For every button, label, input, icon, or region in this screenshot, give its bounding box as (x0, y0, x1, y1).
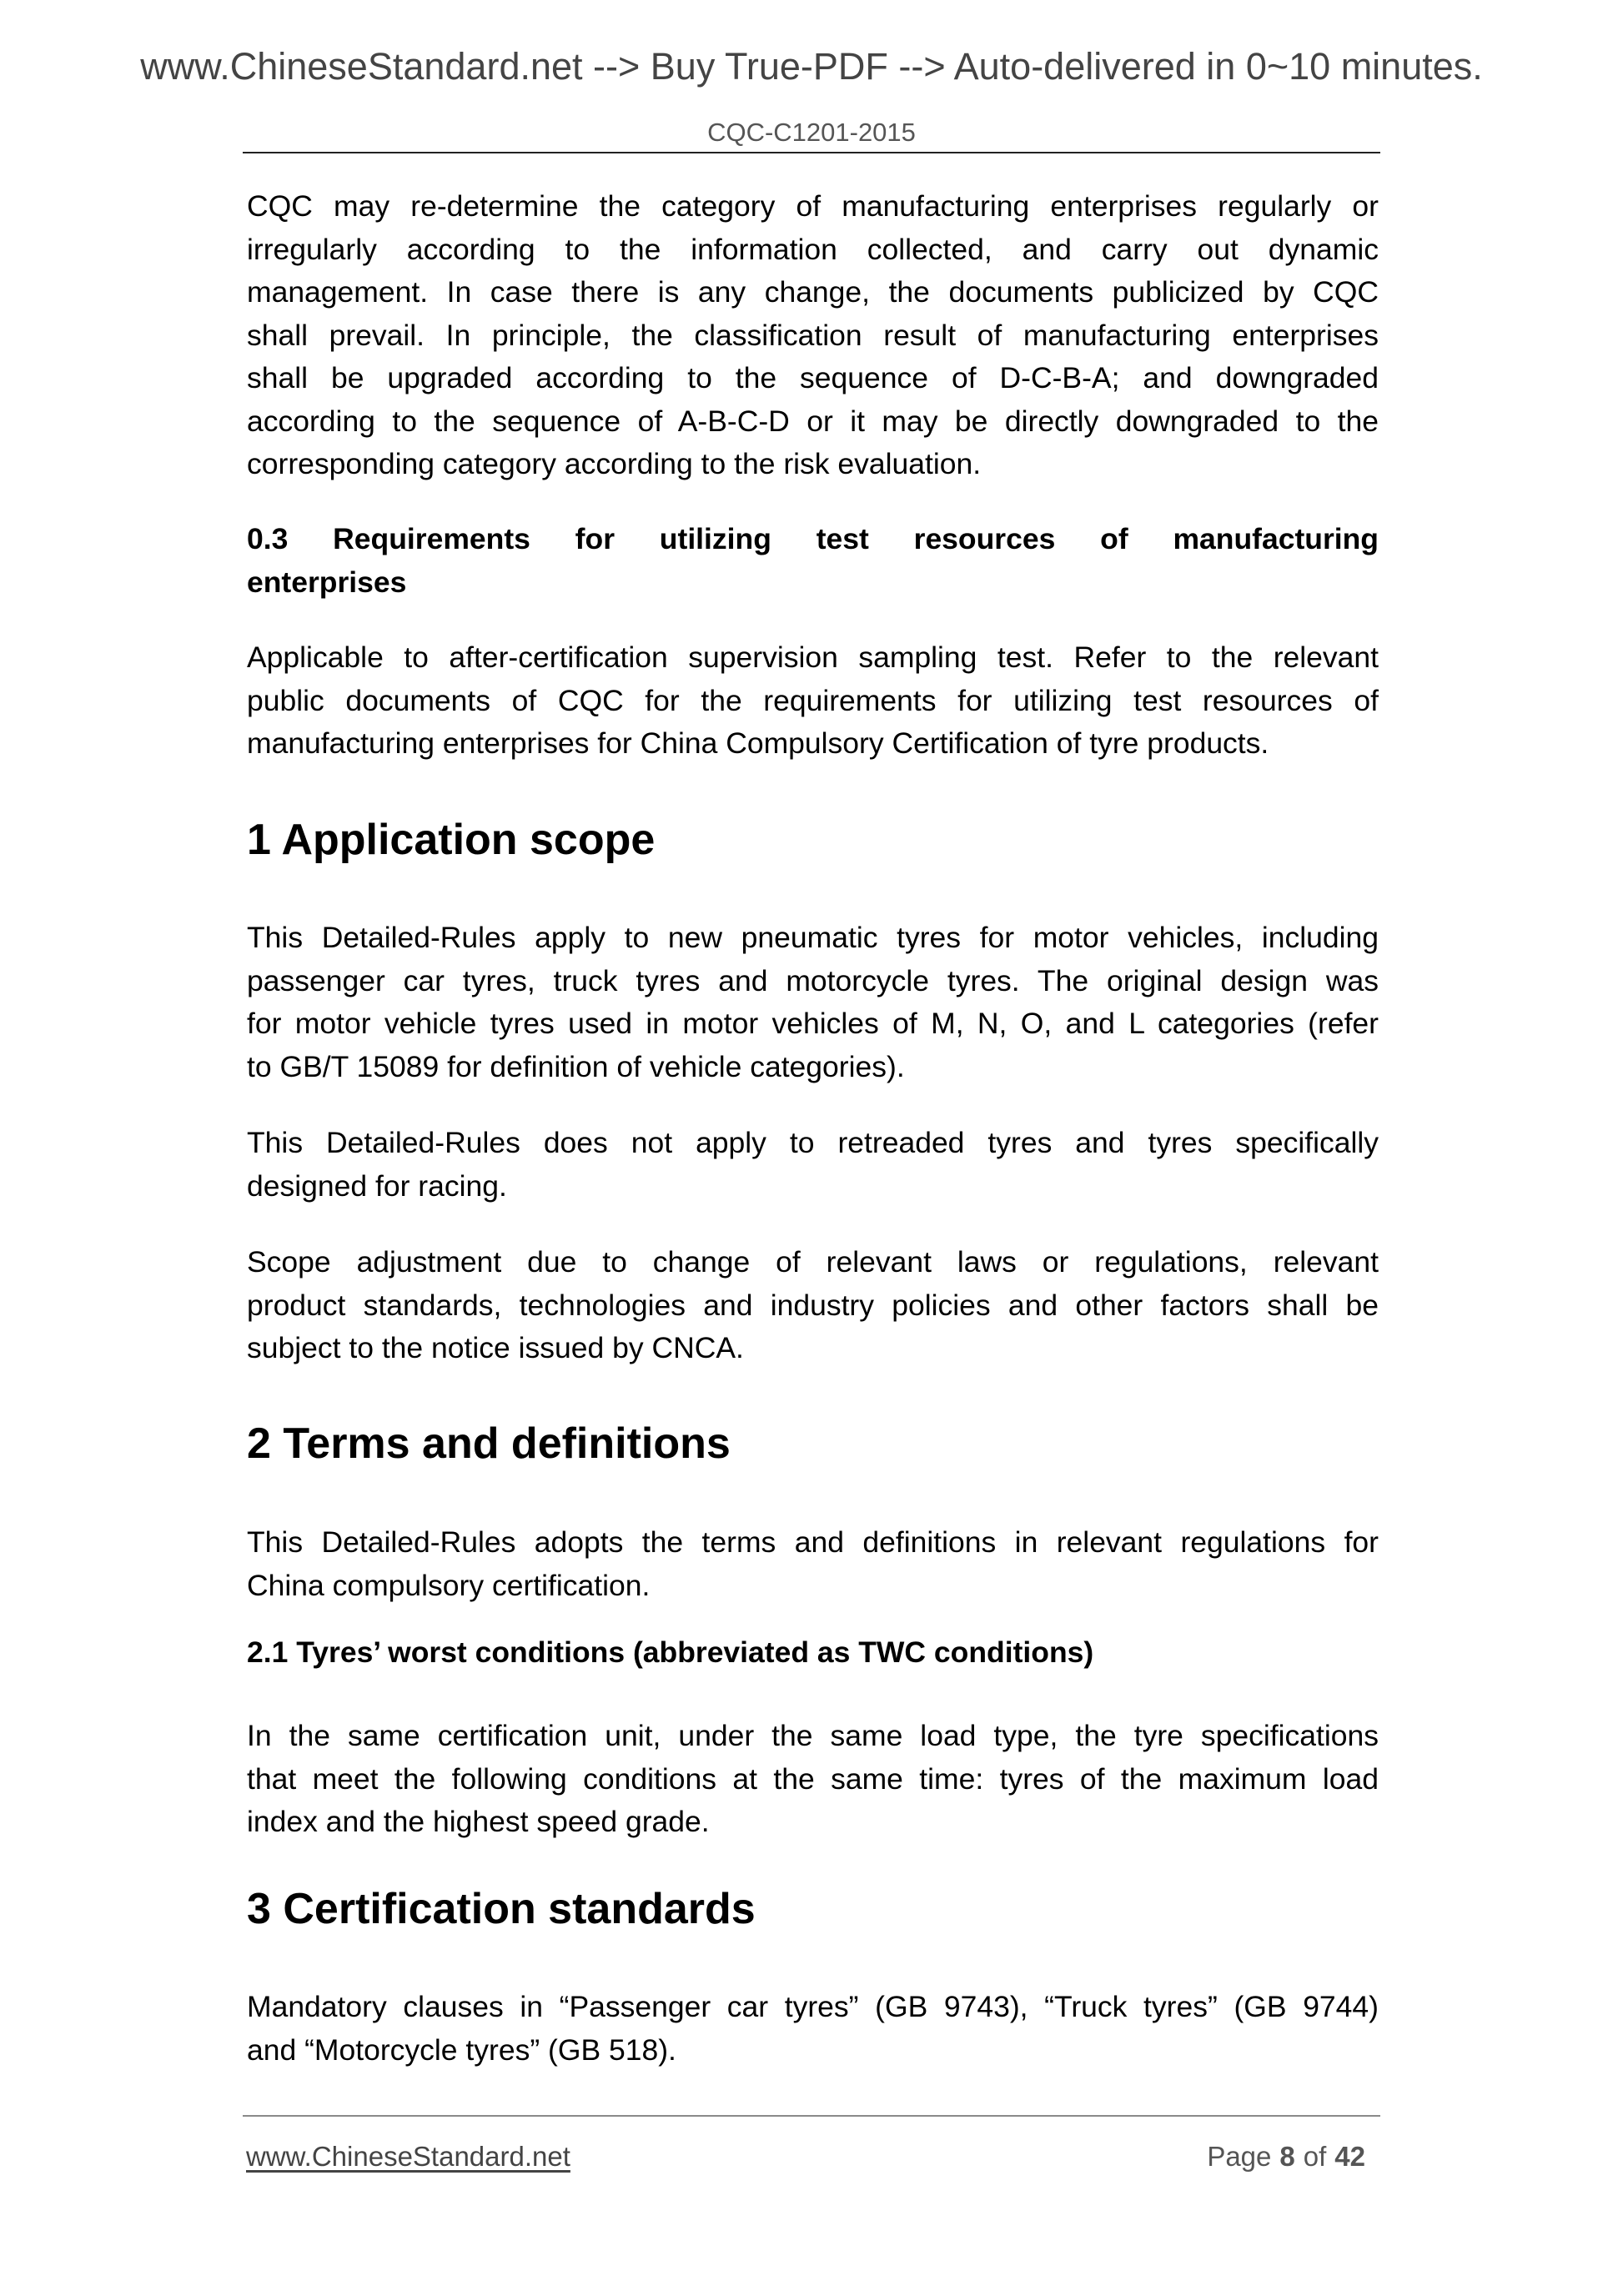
text-line: subject to the notice issued by CNCA. (247, 1327, 1379, 1370)
paragraph-2-1-body: In the same certification unit, under th… (247, 1715, 1379, 1844)
text-line: Mandatory clauses in “Passenger car tyre… (247, 1986, 1379, 2029)
text-line: This Detailed-Rules apply to new pneumat… (247, 917, 1379, 960)
text-line: manufacturing enterprises for China Comp… (247, 722, 1379, 766)
paragraph-1-1: This Detailed-Rules apply to new pneumat… (247, 917, 1379, 1088)
heading-3-certification-standards: 3 Certification standards (247, 1884, 756, 1934)
paragraph-0-3: Applicable to after-certification superv… (247, 636, 1379, 766)
text-line: Applicable to after-certification superv… (247, 636, 1379, 680)
heading-1-application-scope: 1 Application scope (247, 815, 655, 865)
intro-paragraph: CQC may re-determine the category of man… (247, 185, 1379, 486)
text-line: index and the highest speed grade. (247, 1801, 1379, 1844)
text-line: corresponding category according to the … (247, 443, 1379, 486)
top-banner: www.ChineseStandard.net --> Buy True-PDF… (0, 43, 1623, 90)
paragraph-1-2: This Detailed-Rules does not apply to re… (247, 1122, 1379, 1208)
document-id: CQC-C1201-2015 (0, 117, 1623, 148)
footer-website-link[interactable]: www.ChineseStandard.net (246, 2140, 570, 2173)
of-label: of (1304, 2141, 1327, 2172)
paragraph-1-3: Scope adjustment due to change of releva… (247, 1241, 1379, 1370)
page-indicator: Page8of42 (1207, 2140, 1365, 2173)
text-line: for motor vehicle tyres used in motor ve… (247, 1002, 1379, 1046)
text-line: This Detailed-Rules adopts the terms and… (247, 1521, 1379, 1565)
text-line: shall prevail. In principle, the classif… (247, 314, 1379, 358)
text-line: shall be upgraded according to the seque… (247, 357, 1379, 400)
text-line: to GB/T 15089 for definition of vehicle … (247, 1046, 1379, 1089)
heading-0-3: 0.3 Requirements for utilizing test reso… (247, 518, 1379, 604)
text-line: and “Motorcycle tyres” (GB 518). (247, 2029, 1379, 2072)
page-current: 8 (1279, 2141, 1294, 2172)
footer-divider (243, 2115, 1380, 2117)
page-label: Page (1207, 2141, 1271, 2172)
paragraph-3: Mandatory clauses in “Passenger car tyre… (247, 1986, 1379, 2072)
heading-2-terms-definitions: 2 Terms and definitions (247, 1419, 731, 1469)
text-line: In the same certification unit, under th… (247, 1715, 1379, 1758)
text-line: irregularly according to the information… (247, 229, 1379, 272)
page-total: 42 (1334, 2141, 1365, 2172)
text-line: passenger car tyres, truck tyres and mot… (247, 960, 1379, 1003)
text-line: designed for racing. (247, 1165, 1379, 1208)
text-line: This Detailed-Rules does not apply to re… (247, 1122, 1379, 1165)
heading-2-1-twc: 2.1 Tyres’ worst conditions (abbreviated… (247, 1634, 1093, 1671)
text-line: CQC may re-determine the category of man… (247, 185, 1379, 229)
text-line: according to the sequence of A-B-C-D or … (247, 400, 1379, 444)
text-line: 0.3 Requirements for utilizing test reso… (247, 518, 1379, 561)
text-line: China compulsory certification. (247, 1565, 1379, 1608)
text-line: Scope adjustment due to change of releva… (247, 1241, 1379, 1284)
text-line: enterprises (247, 561, 1379, 605)
header-divider (243, 152, 1380, 153)
paragraph-2-1: This Detailed-Rules adopts the terms and… (247, 1521, 1379, 1607)
text-line: public documents of CQC for the requirem… (247, 680, 1379, 723)
text-line: management. In case there is any change,… (247, 271, 1379, 314)
text-line: product standards, technologies and indu… (247, 1284, 1379, 1328)
text-line: that meet the following conditions at th… (247, 1758, 1379, 1801)
